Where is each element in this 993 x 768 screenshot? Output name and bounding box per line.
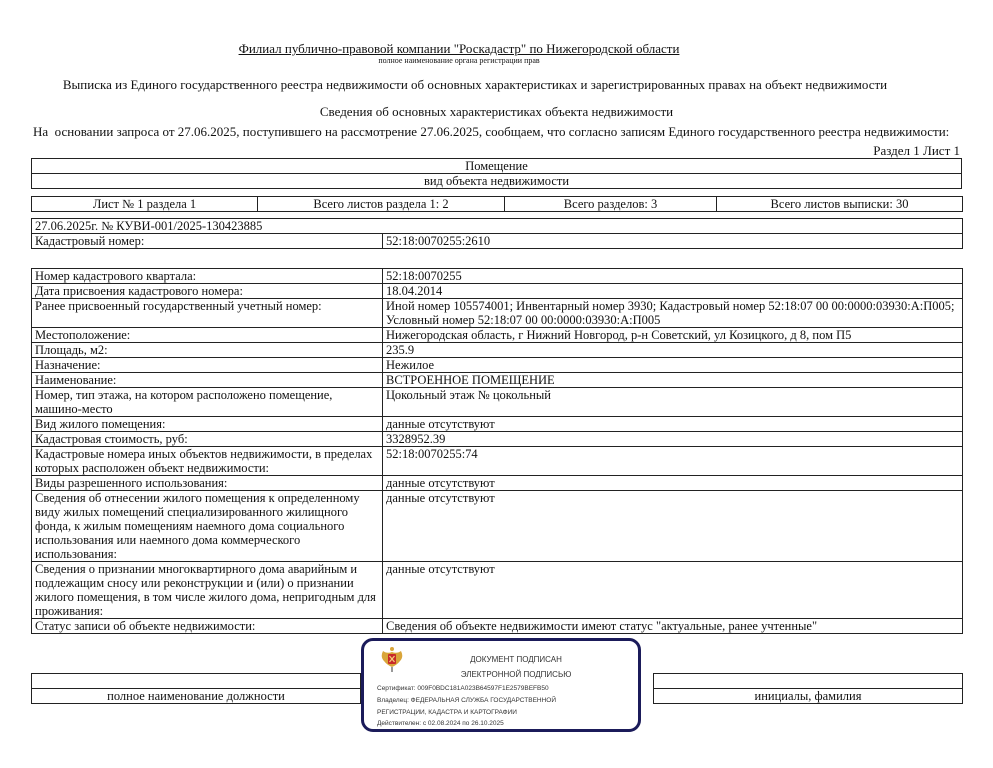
basis-text: На основании запроса от 27.06.2025, пост… xyxy=(33,124,949,140)
row-label: Сведения об отнесении жилого помещения к… xyxy=(32,491,383,562)
row-label: Кадастровая стоимость, руб: xyxy=(32,432,383,447)
row-label: Назначение: xyxy=(32,358,383,373)
table-row: Назначение:Нежилое xyxy=(32,358,963,373)
cadastral-number-label: Кадастровый номер: xyxy=(32,234,383,249)
total-sheets-count: Всего листов выписки: 30 xyxy=(717,197,963,212)
table-row: Сведения об отнесении жилого помещения к… xyxy=(32,491,963,562)
table-row: Ранее присвоенный государственный учетны… xyxy=(32,299,963,328)
row-value: Нижегородская область, г Нижний Новгород… xyxy=(383,328,963,343)
row-label: Местоположение: xyxy=(32,328,383,343)
row-label: Кадастровые номера иных объектов недвижи… xyxy=(32,447,383,476)
characteristics-table: Номер кадастрового квартала:52:18:007025… xyxy=(31,268,963,634)
table-row: Дата присвоения кадастрового номера:18.0… xyxy=(32,284,963,299)
object-type: Помещение xyxy=(32,159,962,174)
row-label: Сведения о признании многоквартирного до… xyxy=(32,562,383,619)
name-caption: инициалы, фамилия xyxy=(654,689,963,704)
row-value: Цокольный этаж № цокольный xyxy=(383,388,963,417)
row-value: 235.9 xyxy=(383,343,963,358)
table-row: Номер, тип этажа, на котором расположено… xyxy=(32,388,963,417)
stamp-certificate: Сертификат: 009F0BDC181A023B64597F1E2579… xyxy=(377,685,549,692)
row-value: 18.04.2014 xyxy=(383,284,963,299)
table-row: Сведения о признании многоквартирного до… xyxy=(32,562,963,619)
organization-name: Филиал публично-правовой компании "Роска… xyxy=(0,41,918,57)
table-row: Номер кадастрового квартала:52:18:007025… xyxy=(32,269,963,284)
position-field xyxy=(32,674,361,689)
table-row: Наименование:ВСТРОЕННОЕ ПОМЕЩЕНИЕ xyxy=(32,373,963,388)
row-label: Дата присвоения кадастрового номера: xyxy=(32,284,383,299)
table-row: Площадь, м2:235.9 xyxy=(32,343,963,358)
table-row: Виды разрешенного использования:данные о… xyxy=(32,476,963,491)
request-table: 27.06.2025г. № КУВИ-001/2025-130423885 К… xyxy=(31,218,963,249)
info-title: Сведения об основных характеристиках объ… xyxy=(0,104,993,120)
section-sheet-label: Раздел 1 Лист 1 xyxy=(873,143,960,159)
stamp-validity: Действителен: с 02.08.2024 по 26.10.2025 xyxy=(377,720,504,727)
row-label: Номер, тип этажа, на котором расположено… xyxy=(32,388,383,417)
row-value: Нежилое xyxy=(383,358,963,373)
cadastral-number-value: 52:18:0070255:2610 xyxy=(383,234,963,249)
row-label: Статус записи об объекте недвижимости: xyxy=(32,619,383,634)
sheet-number: Лист № 1 раздела 1 xyxy=(32,197,258,212)
stamp-line-electronic: ЭЛЕКТРОННОЙ ПОДПИСЬЮ xyxy=(364,670,638,679)
organization-caption: полное наименование органа регистрации п… xyxy=(0,56,918,65)
row-value: 52:18:0070255 xyxy=(383,269,963,284)
section-sheets-count: Всего листов раздела 1: 2 xyxy=(258,197,505,212)
sections-count: Всего разделов: 3 xyxy=(505,197,717,212)
row-value: 3328952.39 xyxy=(383,432,963,447)
table-row: Вид жилого помещения:данные отсутствуют xyxy=(32,417,963,432)
position-caption: полное наименование должности xyxy=(32,689,361,704)
request-number: 27.06.2025г. № КУВИ-001/2025-130423885 xyxy=(32,219,963,234)
row-label: Наименование: xyxy=(32,373,383,388)
stamp-owner: Владелец: ФЕДЕРАЛЬНАЯ СЛУЖБА ГОСУДАРСТВЕ… xyxy=(377,697,556,704)
table-row: Статус записи об объекте недвижимости:Св… xyxy=(32,619,963,634)
table-row: Местоположение:Нижегородская область, г … xyxy=(32,328,963,343)
row-value: данные отсутствуют xyxy=(383,491,963,562)
electronic-signature-stamp: ДОКУМЕНТ ПОДПИСАН ЭЛЕКТРОННОЙ ПОДПИСЬЮ С… xyxy=(361,638,641,732)
row-value: данные отсутствуют xyxy=(383,417,963,432)
row-label: Вид жилого помещения: xyxy=(32,417,383,432)
sheets-table: Лист № 1 раздела 1 Всего листов раздела … xyxy=(31,196,963,212)
stamp-owner-continued: РЕГИСТРАЦИИ, КАДАСТРА И КАРТОГРАФИИ xyxy=(377,709,517,716)
row-value: данные отсутствуют xyxy=(383,562,963,619)
object-type-table: Помещение вид объекта недвижимости xyxy=(31,158,962,189)
name-field xyxy=(654,674,963,689)
row-value: Иной номер 105574001; Инвентарный номер … xyxy=(383,299,963,328)
stamp-line-signed: ДОКУМЕНТ ПОДПИСАН xyxy=(364,655,638,664)
row-label: Площадь, м2: xyxy=(32,343,383,358)
table-row: Кадастровые номера иных объектов недвижи… xyxy=(32,447,963,476)
object-type-caption: вид объекта недвижимости xyxy=(32,174,962,189)
row-value: Сведения об объекте недвижимости имеют с… xyxy=(383,619,963,634)
row-value: данные отсутствуют xyxy=(383,476,963,491)
extract-title: Выписка из Единого государственного реес… xyxy=(30,77,920,93)
table-row: Кадастровая стоимость, руб:3328952.39 xyxy=(32,432,963,447)
row-label: Ранее присвоенный государственный учетны… xyxy=(32,299,383,328)
row-label: Виды разрешенного использования: xyxy=(32,476,383,491)
row-value: ВСТРОЕННОЕ ПОМЕЩЕНИЕ xyxy=(383,373,963,388)
row-value: 52:18:0070255:74 xyxy=(383,447,963,476)
row-label: Номер кадастрового квартала: xyxy=(32,269,383,284)
